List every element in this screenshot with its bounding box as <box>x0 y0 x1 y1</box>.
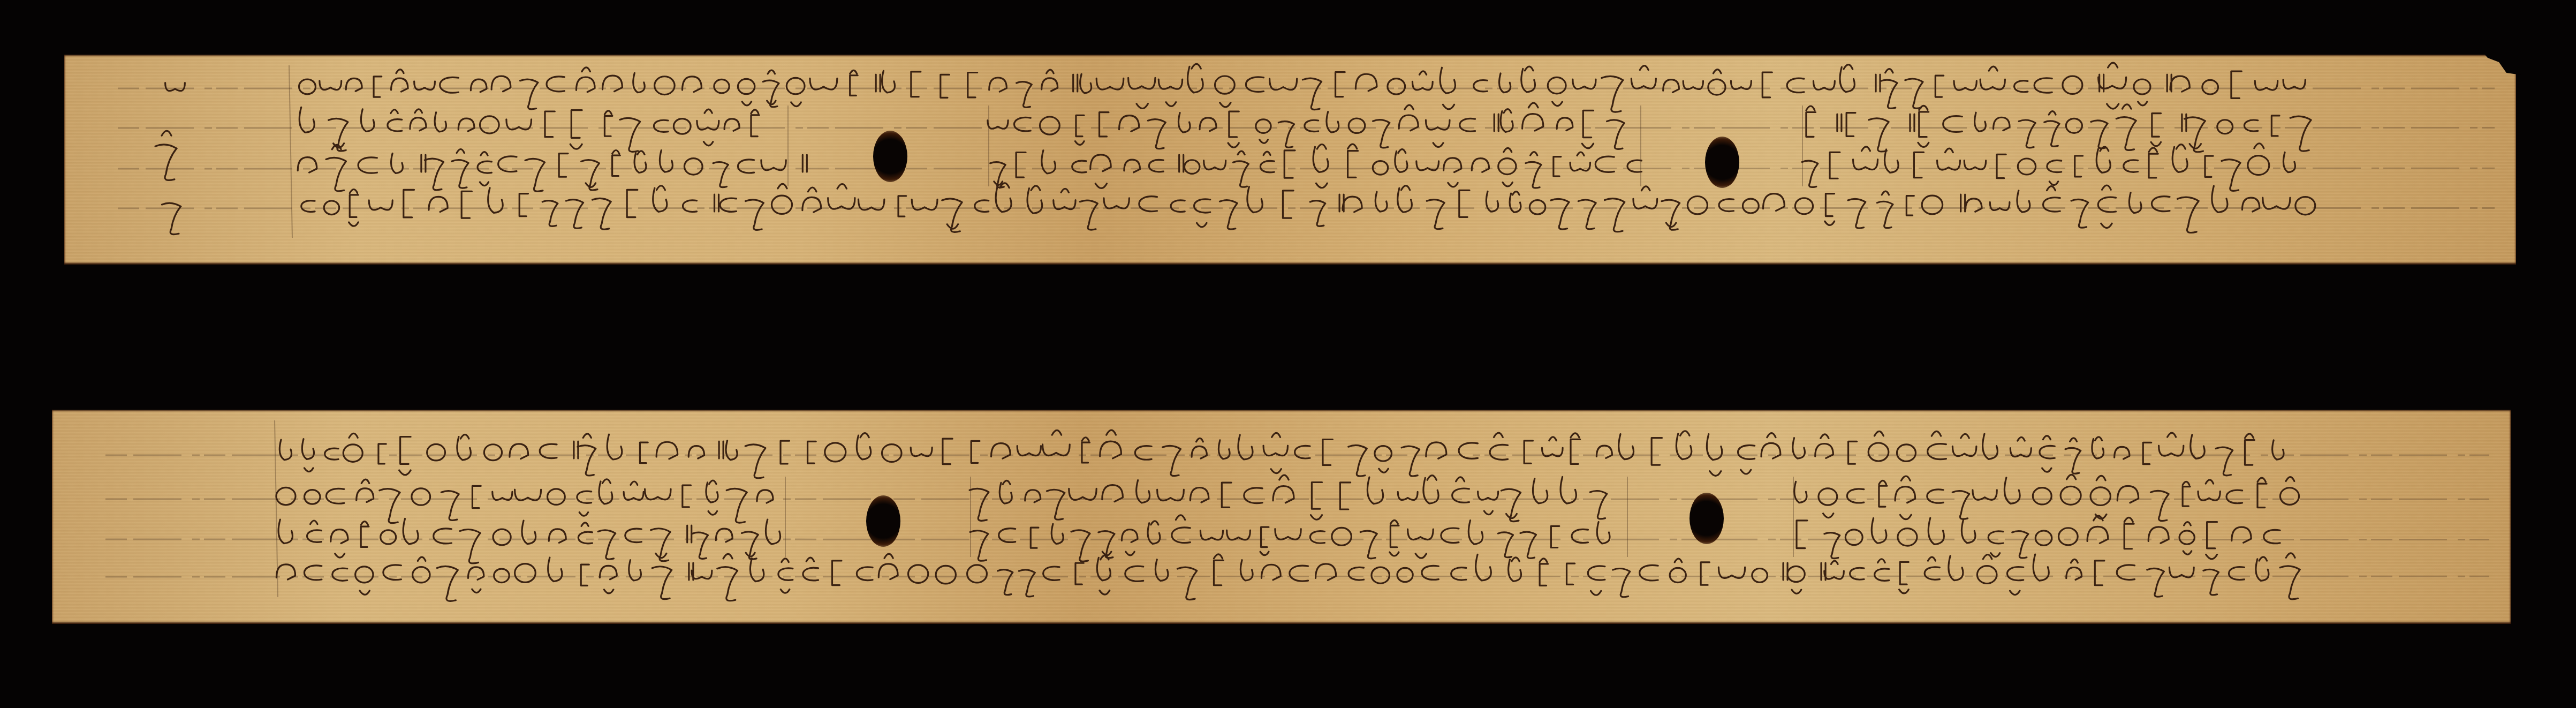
handwritten-script <box>64 55 2516 265</box>
string-hole-1 <box>873 131 907 182</box>
string-hole-1 <box>866 495 900 547</box>
manuscript-leaf-lower: Lower leaf Handwritten Burmese-script te… <box>52 410 2511 624</box>
script-description: Burmese/Myanmar-style script (handwritte… <box>0 0 1 1</box>
leaf-number-mark-2 <box>155 131 177 180</box>
script-line-1 <box>279 430 2284 478</box>
script-line-3 <box>298 144 2295 192</box>
string-hole-2 <box>1705 137 1739 188</box>
manuscript-leaf-upper: Upper leaf Handwritten Burmese-script te… <box>64 55 2516 265</box>
handwritten-script <box>52 410 2511 624</box>
ruled-line <box>118 168 2495 169</box>
leaf-number-mark-1 <box>165 83 185 91</box>
ruled-line <box>118 208 2495 208</box>
script-line-1 <box>299 63 2306 112</box>
margin-rule <box>289 65 292 238</box>
ruled-line <box>105 576 2489 577</box>
string-hole-2 <box>1689 493 1724 544</box>
